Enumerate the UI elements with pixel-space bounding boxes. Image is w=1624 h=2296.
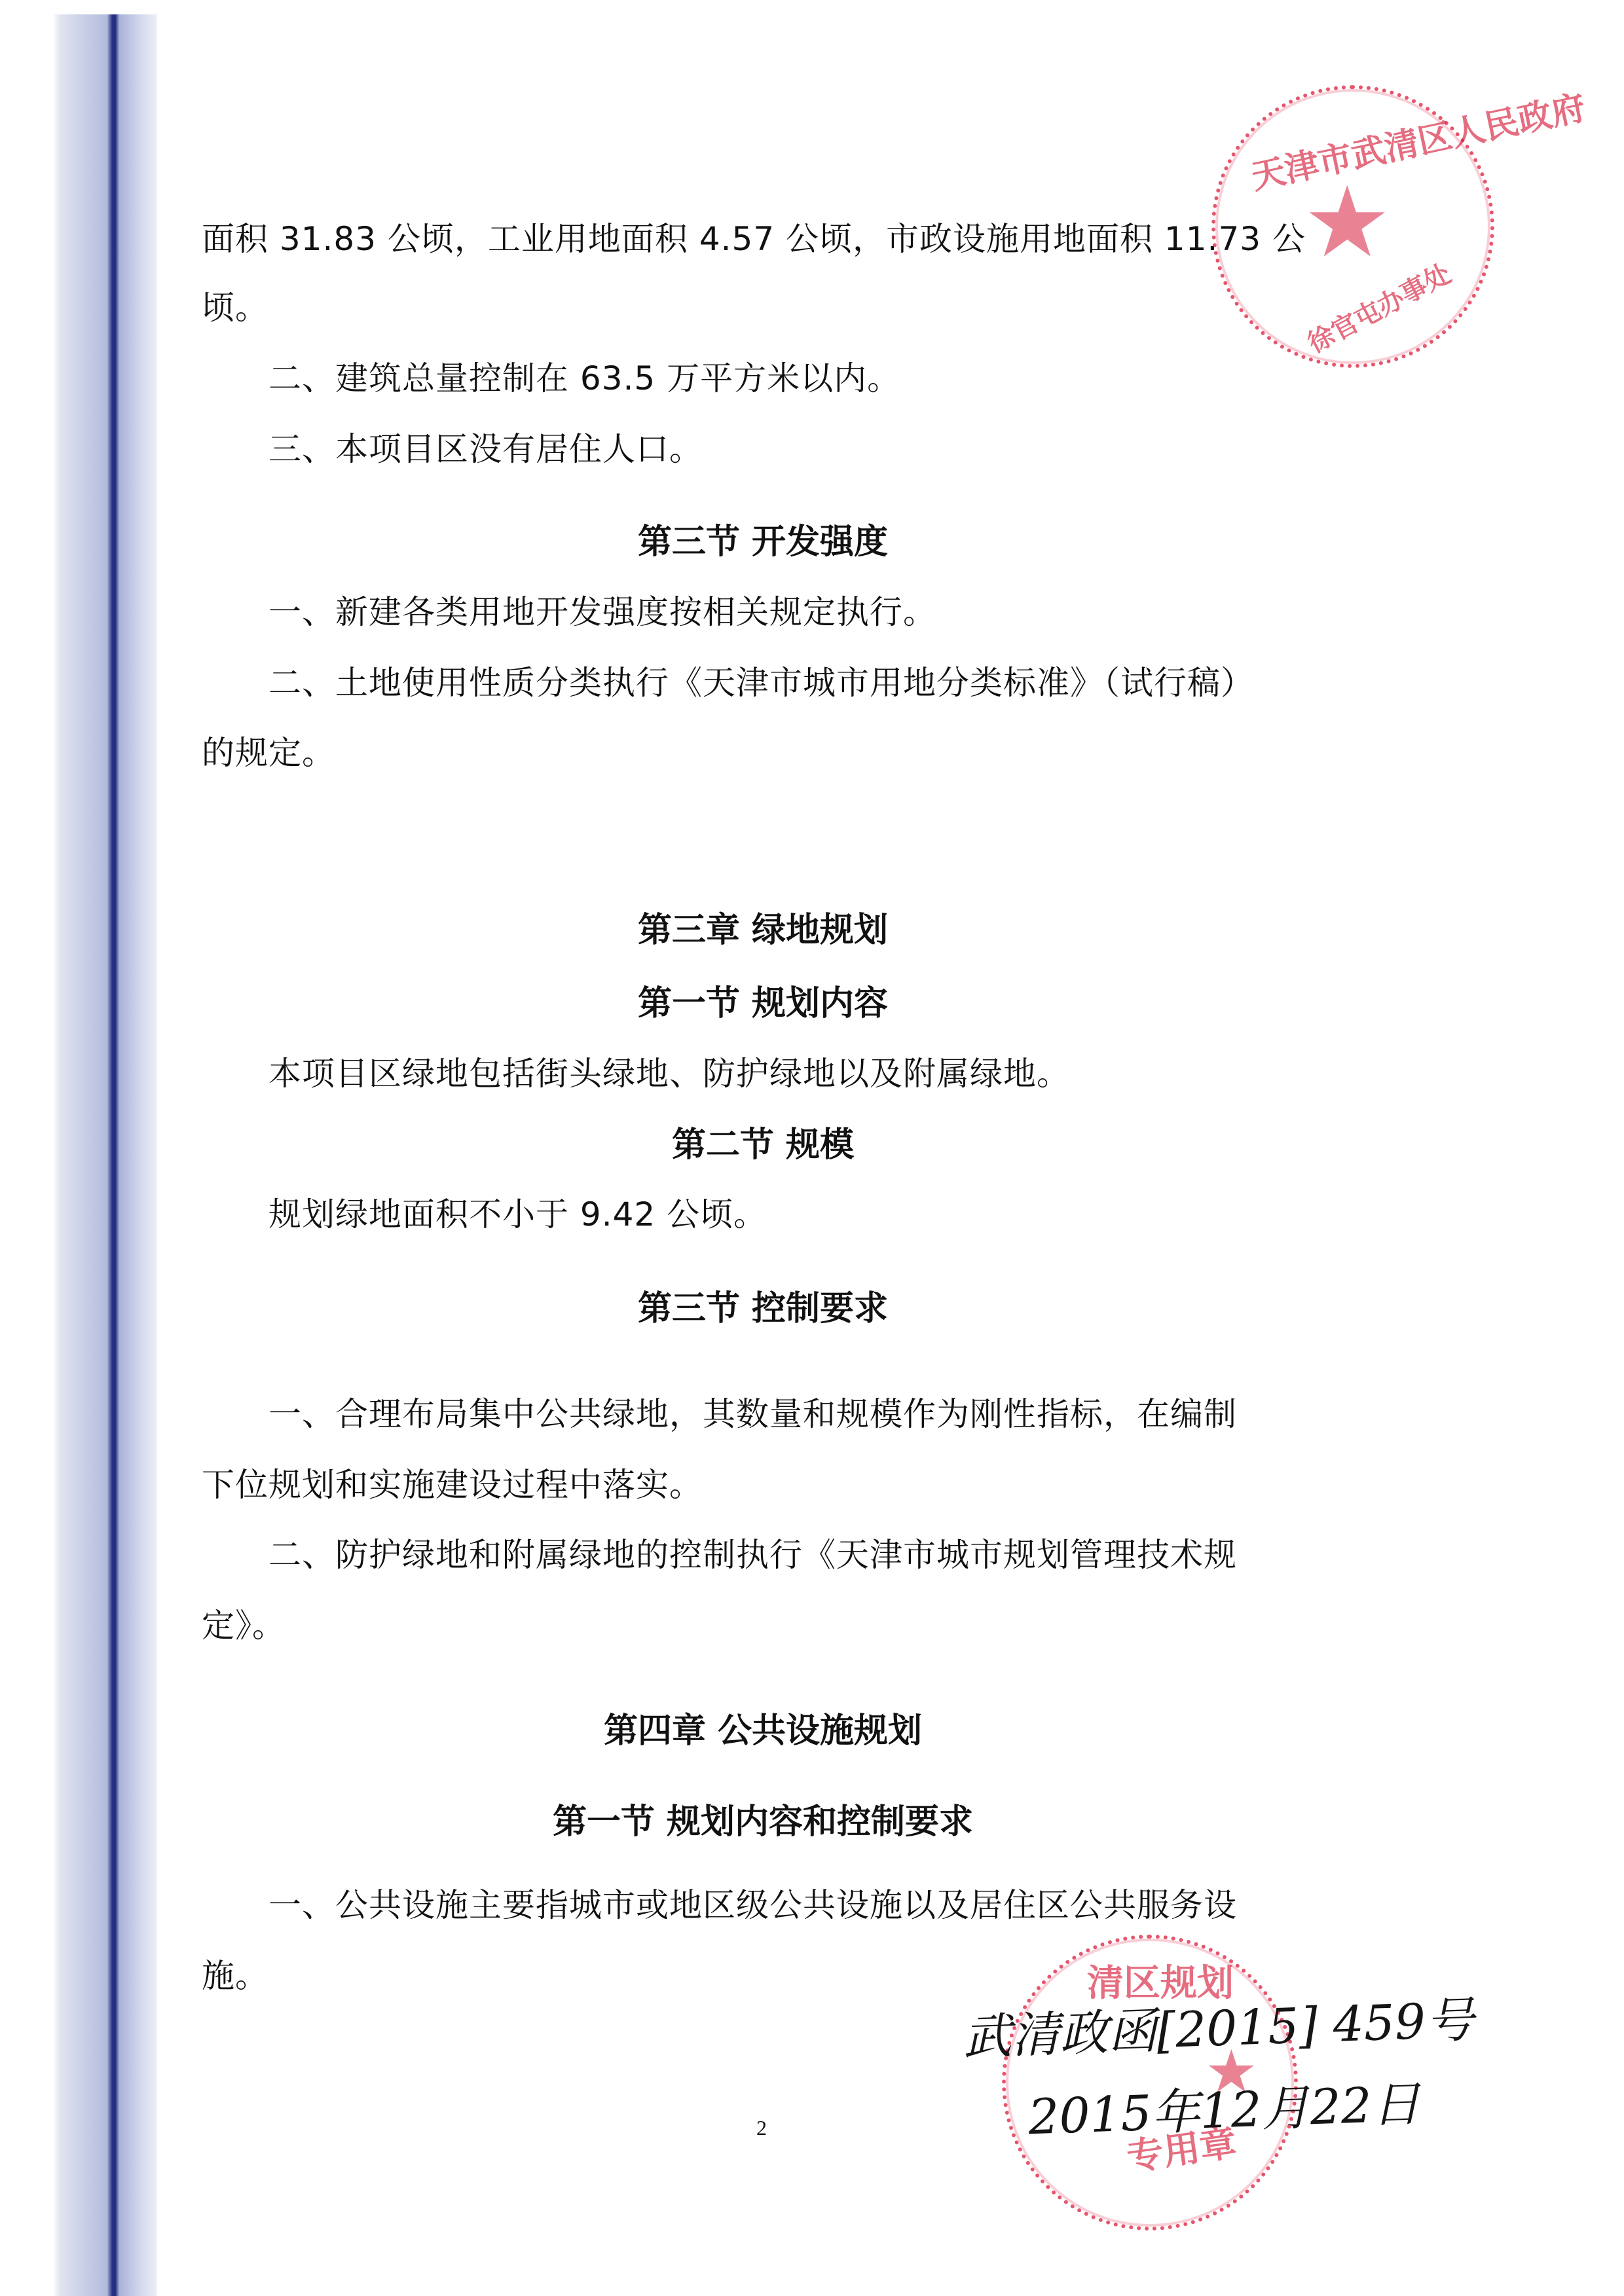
paragraph-line: 二、防护绿地和附属绿地的控制执行《天津市城市规划管理技术规 [268, 1535, 1237, 1575]
paragraph-line: 二、建筑总量控制在 63.5 万平方米以内。 [268, 359, 900, 398]
paragraph-line: 面积 31.83 公顷，工业用地面积 4.57 公顷，市政设施用地面积 11.7… [202, 219, 1306, 259]
section-heading: 第三节 开发强度 [0, 522, 1526, 562]
paragraph-line: 本项目区绿地包括街头绿地、防护绿地以及附属绿地。 [268, 1054, 1070, 1093]
section-heading: 第一节 规划内容和控制要求 [0, 1802, 1526, 1842]
paragraph-line: 一、公共设施主要指城市或地区级公共设施以及居住区公共服务设 [268, 1886, 1237, 1925]
seal-star-icon: ★ [1303, 173, 1391, 272]
chapter-heading: 第四章 公共设施规划 [0, 1711, 1526, 1751]
section-heading: 第三节 控制要求 [0, 1288, 1526, 1329]
paragraph-line: 施。 [202, 1956, 268, 1995]
paragraph-line: 的规定。 [202, 733, 335, 773]
paragraph-line: 规划绿地面积不小于 9.42 公顷。 [268, 1195, 767, 1234]
document-page: 面积 31.83 公顷，工业用地面积 4.57 公顷，市政设施用地面积 11.7… [0, 0, 1624, 2296]
paragraph-line: 定》。 [202, 1606, 286, 1645]
paragraph-line: 下位规划和实施建设过程中落实。 [202, 1465, 703, 1504]
paragraph-line: 一、新建各类用地开发强度按相关规定执行。 [268, 592, 936, 632]
paragraph-line: 顷。 [202, 288, 268, 327]
handwritten-date: 2015年12月22日 [1027, 2066, 1421, 2149]
paragraph-line: 一、合理布局集中公共绿地，其数量和规模作为刚性指标，在编制 [268, 1394, 1237, 1434]
paragraph-line: 三、本项目区没有居住人口。 [268, 429, 703, 469]
paragraph-line: 二、土地使用性质分类执行《天津市城市用地分类标准》（试行稿） [268, 663, 1254, 702]
chapter-heading: 第三章 绿地规划 [0, 910, 1526, 951]
page-number: 2 [756, 2116, 767, 2140]
section-heading: 第二节 规模 [0, 1125, 1526, 1165]
section-heading: 第一节 规划内容 [0, 983, 1526, 1024]
